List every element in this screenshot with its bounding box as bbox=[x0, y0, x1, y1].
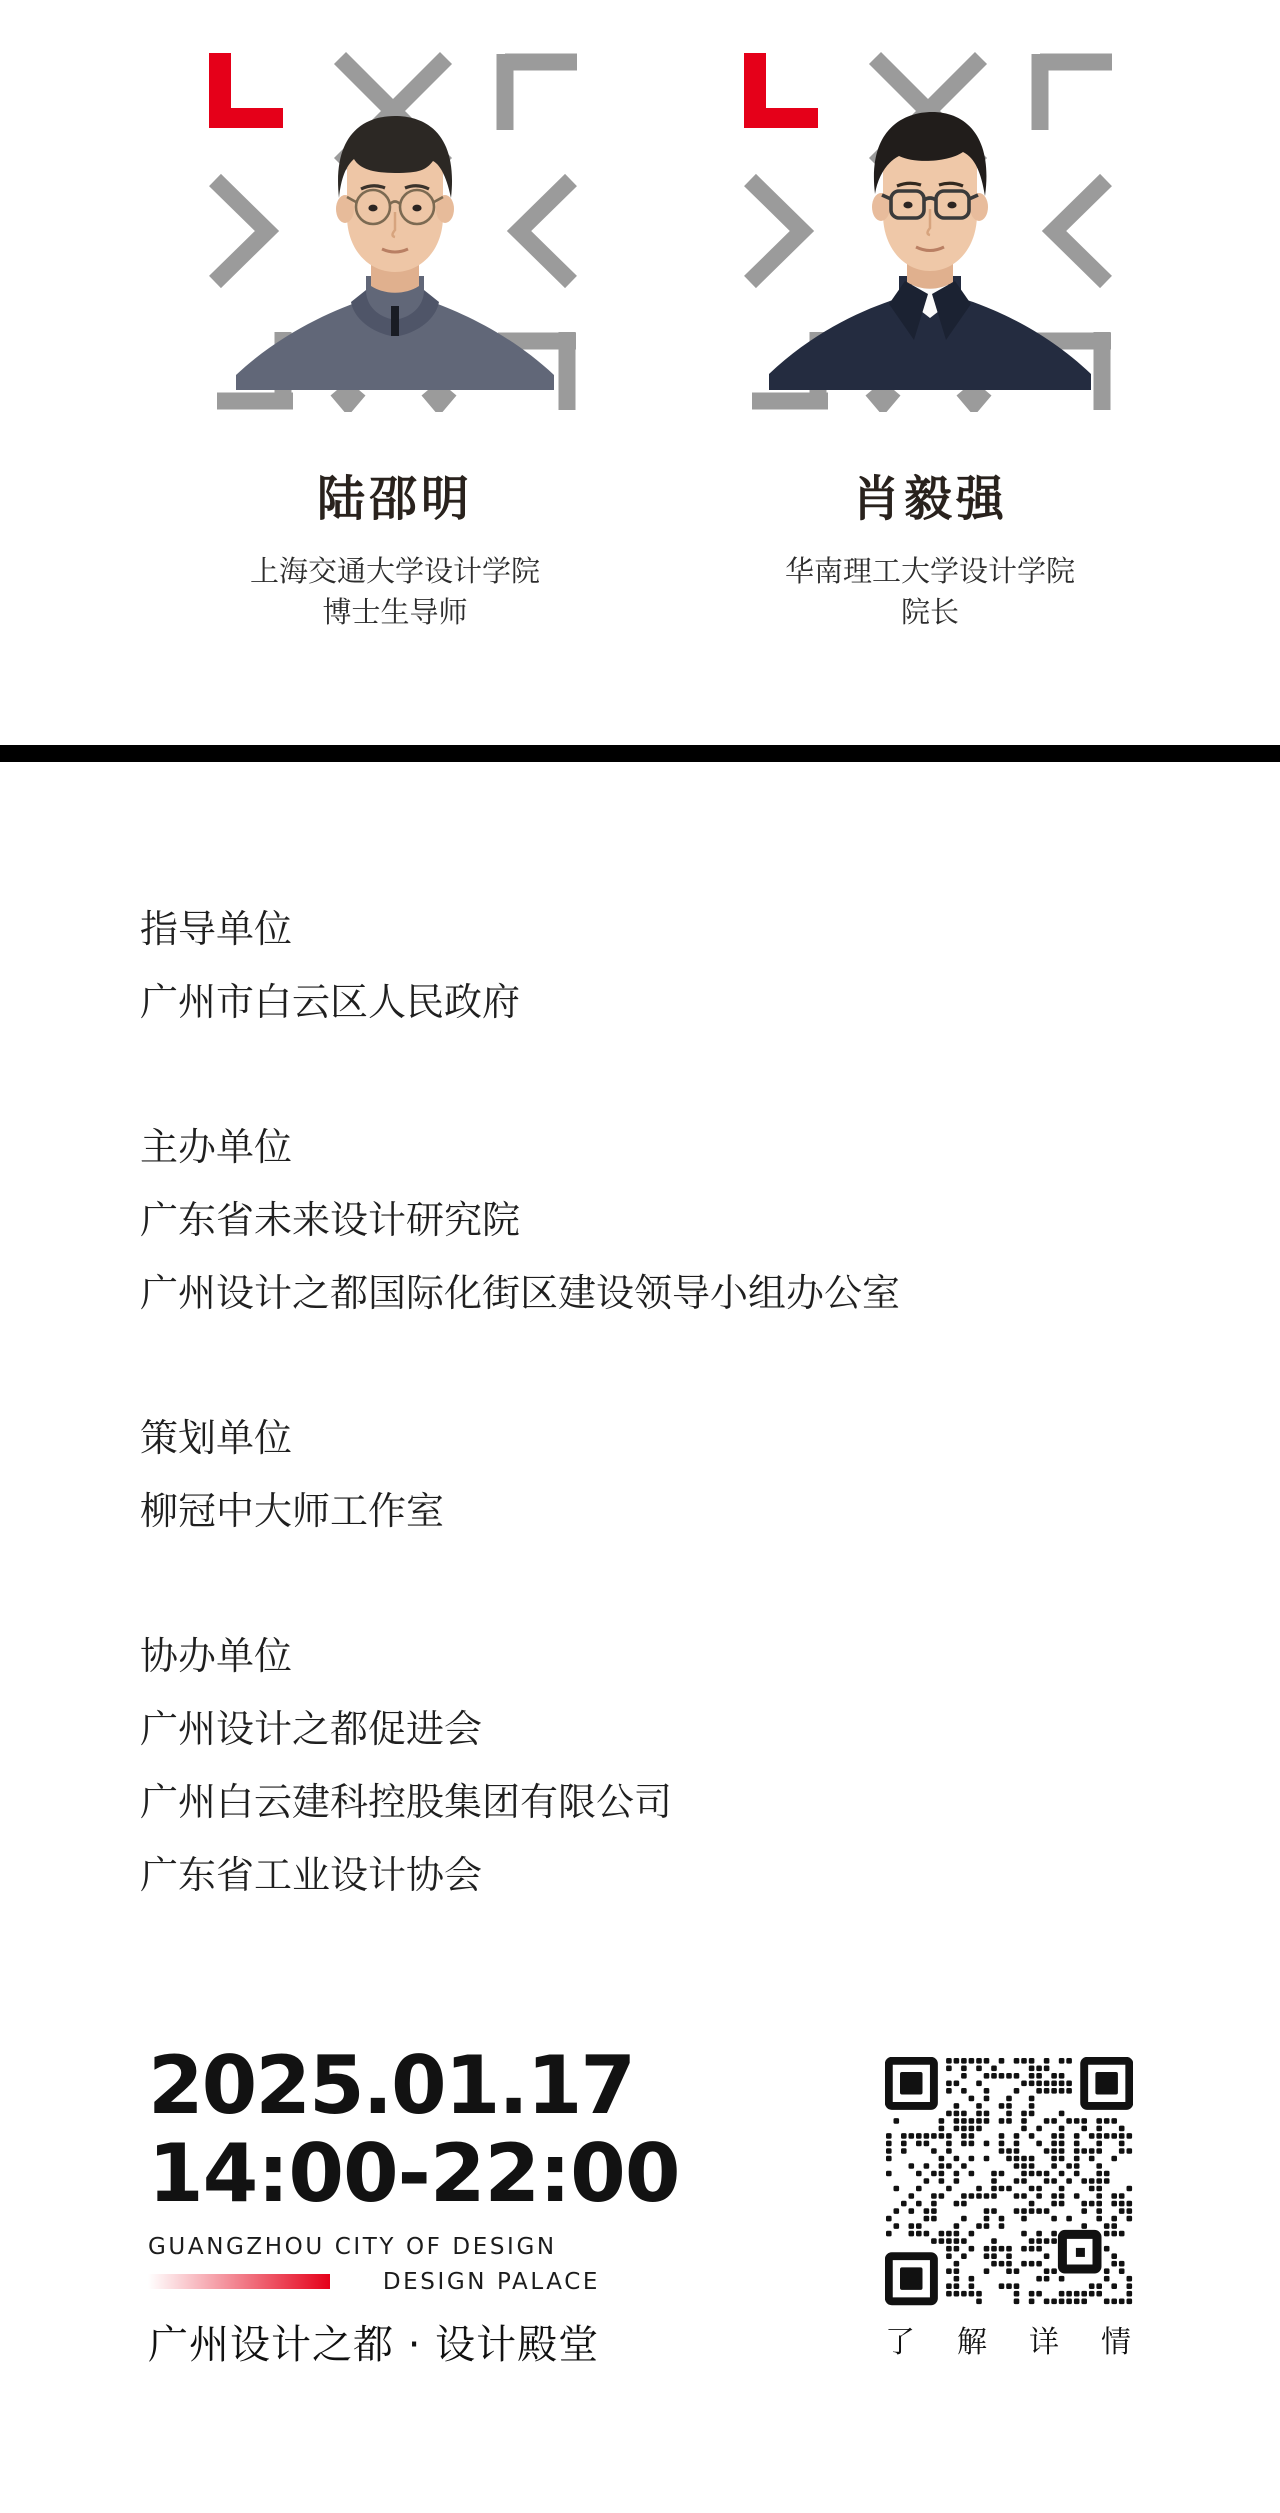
org-heading: 策划单位 bbox=[140, 1402, 1200, 1475]
org-section-host: 主办单位 广东省未来设计研究院 广州设计之都国际化街区建设领导小组办公室 bbox=[140, 1111, 1200, 1330]
venue-zh: 广州设计之都 · 设计殿堂 bbox=[148, 2313, 600, 2370]
event-poster: 陆邵明 上海交通大学设计学院 博士生导师 bbox=[0, 0, 1280, 2513]
photo-area bbox=[740, 50, 1120, 412]
speaker-affiliation-line: 上海交通大学设计学院 bbox=[205, 551, 585, 592]
speaker-title-line: 博士生导师 bbox=[205, 592, 585, 633]
x-tip-icon bbox=[872, 390, 894, 403]
event-info: 2025.01.17 14:00-22:00 GUANGZHOU CITY OF… bbox=[148, 2040, 600, 2370]
qr-block: 了解详情 bbox=[885, 2057, 1133, 2361]
org-name: 广州设计之都国际化街区建设领导小组办公室 bbox=[140, 1257, 1200, 1330]
speaker-card: 肖毅强 华南理工大学设计学院 院长 bbox=[740, 50, 1120, 633]
speaker-title-line: 院长 bbox=[740, 592, 1120, 633]
org-heading: 协办单位 bbox=[140, 1620, 1200, 1693]
org-section-coorganizer: 协办单位 广州设计之都促进会 广州白云建科控股集团有限公司 广东省工业设计协会 bbox=[140, 1620, 1200, 1912]
org-section-planning: 策划单位 柳冠中大师工作室 bbox=[140, 1402, 1200, 1548]
red-gradient-bar bbox=[148, 2274, 330, 2289]
x-tip-icon bbox=[337, 390, 359, 403]
org-name: 广东省工业设计协会 bbox=[140, 1839, 1200, 1912]
portrait-photo bbox=[230, 78, 560, 390]
org-name: 广州设计之都促进会 bbox=[140, 1693, 1200, 1766]
org-name: 柳冠中大师工作室 bbox=[140, 1475, 1200, 1548]
speaker-affiliation-line: 华南理工大学设计学院 bbox=[740, 551, 1120, 592]
org-section-guidance: 指导单位 广州市白云区人民政府 bbox=[140, 893, 1200, 1039]
org-name: 广州白云建科控股集团有限公司 bbox=[140, 1766, 1200, 1839]
portrait-photo bbox=[765, 78, 1095, 390]
speaker-name: 肖毅强 bbox=[740, 460, 1120, 529]
venue-en-line2: DESIGN PALACE bbox=[383, 2269, 600, 2295]
qr-caption: 了解详情 bbox=[885, 2317, 1175, 2361]
qr-code[interactable] bbox=[885, 2057, 1133, 2307]
org-name: 广州市白云区人民政府 bbox=[140, 966, 1200, 1039]
event-date: 2025.01.17 bbox=[148, 2040, 600, 2131]
x-tip-icon bbox=[428, 390, 450, 403]
venue-en-row: DESIGN PALACE bbox=[148, 2269, 600, 2295]
org-heading: 指导单位 bbox=[140, 893, 1200, 966]
x-tip-icon bbox=[963, 390, 985, 403]
speaker-affiliation: 华南理工大学设计学院 院长 bbox=[740, 551, 1120, 633]
event-time: 14:00-22:00 bbox=[148, 2131, 600, 2217]
speaker-name: 陆邵明 bbox=[205, 460, 585, 529]
divider-bar bbox=[0, 745, 1280, 762]
organizations-list: 指导单位 广州市白云区人民政府 主办单位 广东省未来设计研究院 广州设计之都国际… bbox=[140, 893, 1200, 1984]
photo-area bbox=[205, 50, 585, 412]
org-name: 广东省未来设计研究院 bbox=[140, 1184, 1200, 1257]
venue-en-line1: GUANGZHOU CITY OF DESIGN bbox=[148, 2234, 600, 2260]
speaker-affiliation: 上海交通大学设计学院 博士生导师 bbox=[205, 551, 585, 633]
org-heading: 主办单位 bbox=[140, 1111, 1200, 1184]
speaker-card: 陆邵明 上海交通大学设计学院 博士生导师 bbox=[205, 50, 585, 633]
